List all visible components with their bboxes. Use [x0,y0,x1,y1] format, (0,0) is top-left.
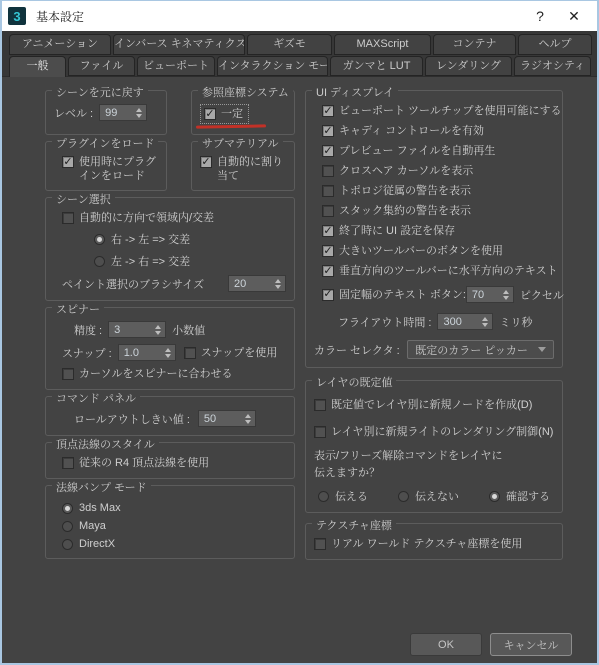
sub-material-group: サブマテリアル 自動的に割り当て [191,141,295,191]
general-panel: シーンを元に戻す レベル : 99 参照 [2,76,597,663]
tab-inverse-kinematics[interactable]: インバース キネマティクス [113,34,245,55]
auto-assign-checkbox[interactable]: 自動的に割り当て [200,155,286,183]
checkbox-box[interactable] [184,347,196,359]
paint-brush-size-spinner[interactable]: 20 [228,275,286,292]
auto-assign-label: 自動的に割り当て [217,155,286,183]
spinner-up-icon[interactable] [155,325,161,329]
tab-gizmos[interactable]: ギズモ [247,34,332,55]
group-title: スピナー [52,301,104,317]
tab-general[interactable]: 一般 [9,56,66,77]
chevron-down-icon [538,347,546,352]
color-selector-label: カラー セレクタ : [314,342,400,358]
constant-checkbox-focus: 一定 [200,104,249,124]
crosshair-cursor-checkbox[interactable]: クロスヘア カーソルを表示 [322,164,473,178]
fixed-width-unit: ピクセル [520,287,564,303]
ui-display-group: UI ディスプレイ ビューポート ツールチップを使用可能にする キャディ コント… [305,90,563,368]
checkbox-box[interactable] [314,426,326,438]
red-underline-annotation [196,124,266,128]
flyout-time-value[interactable]: 300 [438,314,478,329]
left-column: シーンを元に戻す レベル : 99 参照 [45,90,295,565]
window-title: 基本設定 [36,8,523,25]
close-button[interactable]: ✕ [557,2,591,30]
topology-warning-checkbox[interactable]: トポロジ従属の警告を表示 [322,184,471,198]
fixed-width-buttons-checkbox[interactable]: 固定幅のテキスト ボタン: [322,288,466,302]
spinner-down-icon[interactable] [136,114,142,118]
do-not-propagate-label: 伝えない [415,488,459,504]
checkbox-box[interactable] [62,212,74,224]
checkbox-box[interactable] [322,265,334,277]
auto-window-crossing-label: 自動的に方向で領域内/交差 [79,211,214,225]
normal-bump-mode-group: 法線バンプ モード 3ds Max Maya Di [45,485,295,559]
checkbox-box[interactable] [204,108,216,120]
spinner-up-icon[interactable] [503,290,509,294]
checkbox-box[interactable] [62,156,74,168]
viewport-tooltips-checkbox[interactable]: ビューポート ツールチップを使用可能にする [322,104,562,118]
group-title: UI ディスプレイ [312,84,398,100]
new-lights-renderable-checkbox[interactable]: レイヤ別に新規ライトのレンダリング制御(N) [314,425,553,439]
group-title: テクスチャ座標 [312,517,396,533]
undo-level-label: レベル : [54,105,93,121]
propagate-question-line2: 伝えますか？ [314,464,380,480]
color-selector-value: 既定のカラー ピッカー [415,342,528,358]
group-title: コマンド パネル [52,390,140,406]
preference-settings-dialog: 3 基本設定 ? ✕ アニメーション インバース キネマティクス ギズモ MAX… [0,0,599,665]
constant-label: 一定 [221,107,243,121]
checkbox-box[interactable] [200,156,212,168]
normal-bump-maya-label: Maya [79,520,106,532]
tab-files[interactable]: ファイル [68,56,135,76]
do-not-propagate-radio[interactable]: 伝えない [398,488,459,504]
propagate-question-line1: 表示/フリーズ解除コマンドをレイヤに [314,447,503,463]
tab-containers[interactable]: コンテナ [433,34,516,55]
fixed-width-value[interactable]: 70 [467,287,499,302]
group-title: シーン選択 [52,191,115,207]
flyout-time-spinner[interactable]: 300 [437,313,493,330]
use-snap-label: スナップを使用 [201,346,278,360]
rollout-threshold-spinner[interactable]: 50 [198,410,256,427]
group-title: サブマテリアル [198,135,283,151]
fixed-width-spinner[interactable]: 70 [466,286,514,303]
rollout-threshold-label: ロールアウトしきい値 : [74,411,190,427]
checkbox-box[interactable] [322,245,334,257]
horizontal-text-vertical-toolbar-checkbox[interactable]: 垂直方向のツールバーに水平方向のテキスト [322,264,558,278]
spinner-up-icon[interactable] [482,317,488,321]
spinner-up-icon[interactable] [165,348,171,352]
title-bar: 3 基本設定 ? ✕ [2,1,597,31]
checkbox-box[interactable] [62,368,74,380]
checkbox-box[interactable] [322,125,334,137]
right-column: UI ディスプレイ ビューポート ツールチップを使用可能にする キャディ コント… [305,90,563,566]
checkbox-box[interactable] [322,289,334,301]
group-title: 頂点法線のスタイル [52,436,159,452]
use-snap-checkbox[interactable]: スナップを使用 [184,346,278,360]
radio-dot[interactable] [62,539,73,550]
paint-brush-size-label: ペイント選択のブラシサイズ [62,276,204,292]
snap-value[interactable]: 1.0 [119,345,161,360]
radio-dot[interactable] [318,491,329,502]
paint-brush-size-value[interactable]: 20 [229,276,271,291]
snap-label: スナップ : [62,345,112,361]
tab-row-2: 一般 ファイル ビューポート インタラクション モード ガンマと LUT レンダ… [2,56,597,76]
right-to-left-label: 右 -> 左 => 交差 [111,231,190,247]
spinner-up-icon[interactable] [245,414,251,418]
rollout-threshold-value[interactable]: 50 [199,411,241,426]
scene-selection-group: シーン選択 自動的に方向で領域内/交差 右 -> 左 => 交差 [45,197,295,301]
flyout-time-unit: ミリ秒 [499,314,532,330]
checkbox-label: プレビュー ファイルを自動再生 [339,144,495,158]
autoplay-preview-checkbox[interactable]: プレビュー ファイルを自動再生 [322,144,495,158]
fixed-width-label: 固定幅のテキスト ボタン: [339,288,466,302]
normal-bump-3dsmax-radio[interactable]: 3ds Max [62,502,121,514]
spinner-group: スピナー 精度 : 3 小数値 スナップ : [45,307,295,390]
texture-coordinates-group: テクスチャ座標 リアル ワールド テクスチャ座標を使用 [305,523,563,560]
new-nodes-by-layer-label: 既定値でレイヤ別に新規ノードを作成(D) [331,398,532,412]
checkbox-label: 終了時に UI 設定を保存 [339,224,455,238]
group-title: 法線バンプ モード [52,479,151,495]
load-plugins-label: 使用時にプラグインをロード [79,155,158,183]
radio-dot[interactable] [62,521,73,532]
radio-dot[interactable] [94,256,105,267]
radio-dot[interactable] [62,503,73,514]
layer-defaults-group: レイヤの既定値 既定値でレイヤ別に新規ノードを作成(D) レイヤ別に新規ライトの… [305,380,563,513]
decimal-label: 小数値 [172,322,205,338]
load-plugins-checkbox[interactable]: 使用時にプラグインをロード [62,155,158,183]
checkbox-label: クロスヘア カーソルを表示 [339,164,473,178]
color-selector-dropdown[interactable]: 既定のカラー ピッカー [407,340,554,359]
checkbox-box[interactable] [322,225,334,237]
spinner-up-icon[interactable] [136,108,142,112]
spinner-up-icon[interactable] [275,279,281,283]
constant-checkbox[interactable]: 一定 [204,107,243,121]
auto-window-crossing-checkbox[interactable]: 自動的に方向で領域内/交差 [62,211,214,225]
group-title: シーンを元に戻す [52,84,148,100]
normal-bump-3dsmax-label: 3ds Max [79,502,121,514]
checkbox-box[interactable] [314,538,326,550]
tab-interaction-mode[interactable]: インタラクション モード [217,56,328,76]
wrap-cursor-label: カーソルをスピナーに合わせる [79,367,233,381]
checkbox-box[interactable] [322,145,334,157]
group-title: 参照座標システム [198,84,293,100]
tab-row-1: アニメーション インバース キネマティクス ギズモ MAXScript コンテナ… [2,34,597,55]
ok-button[interactable]: OK [410,633,482,656]
propagate-label: 伝える [335,488,368,504]
spinner-down-icon[interactable] [275,285,281,289]
save-ui-on-exit-checkbox[interactable]: 終了時に UI 設定を保存 [322,224,455,238]
spinner-down-icon[interactable] [245,420,251,424]
undo-level-value[interactable]: 99 [100,105,132,120]
scene-undo-group: シーンを元に戻す レベル : 99 [45,90,167,135]
group-title: プラグインをロード [52,135,158,151]
ask-label: 確認する [506,488,550,504]
spinner-down-icon[interactable] [503,296,509,300]
large-toolbar-buttons-checkbox[interactable]: 大きいツールバーのボタンを使用 [322,244,503,258]
3dsmax-app-icon: 3 [8,7,26,25]
radio-dot[interactable] [398,491,409,502]
tab-rendering[interactable]: レンダリング [425,56,512,76]
normal-bump-directx-label: DirectX [79,538,115,550]
precision-value[interactable]: 3 [109,322,151,337]
spinner-down-icon[interactable] [155,331,161,335]
checkbox-label: ビューポート ツールチップを使用可能にする [339,104,562,118]
vertex-normal-style-group: 頂点法線のスタイル 従来の R4 頂点法線を使用 [45,442,295,479]
tab-strip: アニメーション インバース キネマティクス ギズモ MAXScript コンテナ… [2,31,597,77]
checkbox-box[interactable] [322,185,334,197]
left-to-right-label: 左 -> 右 => 交差 [111,253,190,269]
tab-viewports[interactable]: ビューポート [137,56,215,76]
cancel-button[interactable]: キャンセル [490,633,572,656]
undo-level-spinner[interactable]: 99 [99,104,147,121]
real-world-texcoords-label: リアル ワールド テクスチャ座標を使用 [331,537,522,551]
plugin-load-group: プラグインをロード 使用時にプラグインをロード [45,141,167,191]
left-to-right-radio[interactable]: 左 -> 右 => 交差 [94,253,190,269]
checkbox-box[interactable] [62,457,74,469]
wrap-cursor-checkbox[interactable]: カーソルをスピナーに合わせる [62,367,233,381]
precision-spinner[interactable]: 3 [108,321,166,338]
tab-gamma-lut[interactable]: ガンマと LUT [330,56,423,76]
checkbox-box[interactable] [314,399,326,411]
stack-collapse-warning-checkbox[interactable]: スタック集約の警告を表示 [322,204,471,218]
flyout-time-label: フライアウト時間 : [338,314,431,330]
real-world-texcoords-checkbox[interactable]: リアル ワールド テクスチャ座標を使用 [314,537,522,551]
tab-animation[interactable]: アニメーション [9,34,111,55]
checkbox-label: トポロジ従属の警告を表示 [339,184,471,198]
checkbox-box[interactable] [322,165,334,177]
radio-dot[interactable] [489,491,500,502]
checkbox-box[interactable] [322,105,334,117]
radio-dot[interactable] [94,234,105,245]
new-lights-renderable-label: レイヤ別に新規ライトのレンダリング制御(N) [331,425,553,439]
normal-bump-directx-radio[interactable]: DirectX [62,538,115,550]
tab-maxscript[interactable]: MAXScript [334,34,431,55]
ref-coord-system-group: 参照座標システム 一定 [191,90,295,135]
snap-spinner[interactable]: 1.0 [118,344,176,361]
legacy-r4-normals-checkbox[interactable]: 従来の R4 頂点法線を使用 [62,456,209,470]
checkbox-label: 垂直方向のツールバーに水平方向のテキスト [339,264,558,278]
precision-label: 精度 : [74,322,102,338]
normal-bump-maya-radio[interactable]: Maya [62,520,106,532]
group-title: レイヤの既定値 [312,374,396,390]
checkbox-box[interactable] [322,205,334,217]
checkbox-label: キャディ コントロールを有効 [339,124,484,138]
right-to-left-radio[interactable]: 右 -> 左 => 交差 [94,231,190,247]
spinner-down-icon[interactable] [165,354,171,358]
caddy-controls-checkbox[interactable]: キャディ コントロールを有効 [322,124,484,138]
new-nodes-by-layer-checkbox[interactable]: 既定値でレイヤ別に新規ノードを作成(D) [314,398,532,412]
tab-radiosity[interactable]: ラジオシティ [514,56,591,76]
legacy-r4-normals-label: 従来の R4 頂点法線を使用 [79,456,209,470]
spinner-down-icon[interactable] [482,323,488,327]
help-button[interactable]: ? [523,2,557,30]
checkbox-label: 大きいツールバーのボタンを使用 [339,244,503,258]
propagate-radio[interactable]: 伝える [318,488,368,504]
tab-help[interactable]: ヘルプ [518,34,592,55]
command-panel-group: コマンド パネル ロールアウトしきい値 : 50 [45,396,295,436]
checkbox-label: スタック集約の警告を表示 [339,204,471,218]
ask-radio[interactable]: 確認する [489,488,550,504]
